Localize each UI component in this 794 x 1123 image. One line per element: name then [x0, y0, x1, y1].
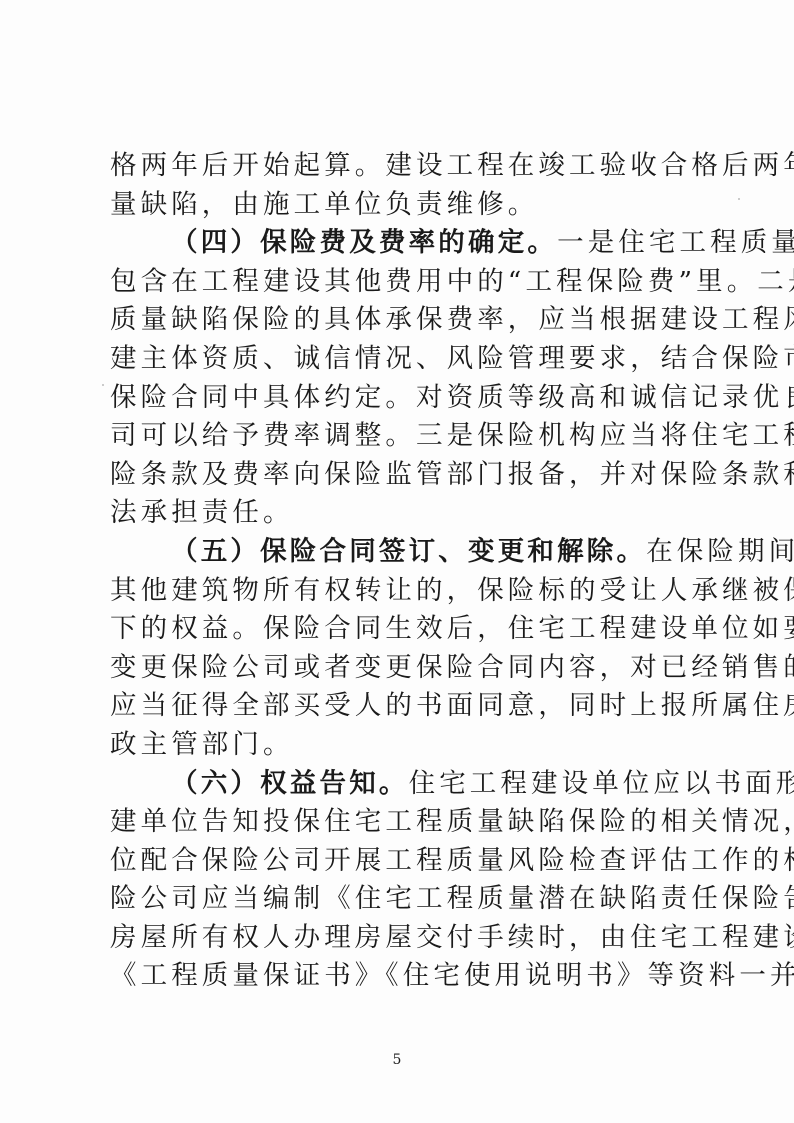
text-line: 应当征得全部买受人的书面同意，同时上报所属住房城乡建设行	[110, 687, 700, 726]
line-text: 包含在工程建设其他费用中的“工程保险费”里。二是住宅工程	[110, 266, 794, 297]
line-text: 房屋所有权人办理房屋交付手续时，由住宅工程建设单位随同	[110, 922, 794, 953]
scan-speck	[102, 384, 104, 386]
line-text: 量缺陷，由施工单位负责维修。	[110, 189, 538, 220]
line-text: 下的权益。保险合同生效后，住宅工程建设单位如要解除合同、	[110, 613, 794, 644]
line-text: 其他建筑物所有权转让的，保险标的受让人承继被保险人本保单	[110, 575, 794, 606]
document-body: 格两年后开始起算。建设工程在竣工验收合格后两年内出现的质 量缺陷，由施工单位负责…	[110, 147, 700, 996]
section-heading-line-4: （四）保险费及费率的确定。一是住宅工程质量缺陷保险应	[110, 224, 700, 263]
page-number: 5	[0, 1052, 794, 1068]
text-line: 政主管部门。	[110, 726, 700, 765]
line-text: 险公司应当编制《住宅工程质量潜在缺陷责任保险告知书》，在	[110, 883, 794, 914]
text-line: 险公司应当编制《住宅工程质量潜在缺陷责任保险告知书》，在	[110, 880, 700, 919]
line-text: 政主管部门。	[110, 729, 294, 760]
text-line: 变更保险公司或者变更保险合同内容，对已经销售的住宅工程，	[110, 649, 700, 688]
section-heading: （四）保险费及费率的确定。	[171, 227, 557, 258]
text-line: 险条款及费率向保险监管部门报备，并对保险条款和保险费率依	[110, 456, 700, 495]
section-heading: （五）保险合同签订、变更和解除。	[171, 536, 646, 567]
text-line: 保险合同中具体约定。对资质等级高和诚信记录优良的，保险公	[110, 379, 700, 418]
text-line: 建单位告知投保住宅工程质量缺陷保险的相关情况，明确参建单	[110, 803, 700, 842]
text-line: 法承担责任。	[110, 494, 700, 533]
line-text: 建主体资质、诚信情况、风险管理要求，结合保险市场状况，在	[110, 343, 794, 374]
line-text: 一是住宅工程质量缺陷保险应	[557, 227, 794, 258]
line-text: 住宅工程建设单位应以书面形式向相关参	[409, 768, 794, 799]
text-line: 其他建筑物所有权转让的，保险标的受让人承继被保险人本保单	[110, 572, 700, 611]
line-text: 位配合保险公司开展工程质量风险检查评估工作的相关义务；保	[110, 845, 794, 876]
line-text: 保险合同中具体约定。对资质等级高和诚信记录优良的，保险公	[110, 382, 794, 413]
document-page: 格两年后开始起算。建设工程在竣工验收合格后两年内出现的质 量缺陷，由施工单位负责…	[0, 0, 794, 1123]
text-line: 下的权益。保险合同生效后，住宅工程建设单位如要解除合同、	[110, 610, 700, 649]
line-text: 司可以给予费率调整。三是保险机构应当将住宅工程质量缺陷保	[110, 420, 794, 451]
line-text: 《工程质量保证书》《住宅使用说明书》等资料一并交付房屋所	[110, 960, 794, 991]
line-text: 建单位告知投保住宅工程质量缺陷保险的相关情况，明确参建单	[110, 806, 794, 837]
text-line: 房屋所有权人办理房屋交付手续时，由住宅工程建设单位随同	[110, 919, 700, 958]
text-line: 格两年后开始起算。建设工程在竣工验收合格后两年内出现的质	[110, 147, 700, 186]
line-text: 格两年后开始起算。建设工程在竣工验收合格后两年内出现的质	[110, 150, 794, 181]
text-line: 量缺陷，由施工单位负责维修。	[110, 186, 700, 225]
scan-speck	[738, 198, 740, 200]
line-text: 法承担责任。	[110, 497, 294, 528]
section-heading-line-5: （五）保险合同签订、变更和解除。在保险期间内住宅或者	[110, 533, 700, 572]
line-text: 在保险期间内住宅或者	[646, 536, 794, 567]
line-text: 质量缺陷保险的具体承保费率，应当根据建设工程风险程度和参	[110, 304, 794, 335]
section-heading-line-6: （六）权益告知。住宅工程建设单位应以书面形式向相关参	[110, 765, 700, 804]
line-text: 应当征得全部买受人的书面同意，同时上报所属住房城乡建设行	[110, 690, 794, 721]
line-text: 险条款及费率向保险监管部门报备，并对保险条款和保险费率依	[110, 459, 794, 490]
text-line: 质量缺陷保险的具体承保费率，应当根据建设工程风险程度和参	[110, 301, 700, 340]
section-heading: （六）权益告知。	[171, 768, 409, 799]
text-line: 位配合保险公司开展工程质量风险检查评估工作的相关义务；保	[110, 842, 700, 881]
text-line: 建主体资质、诚信情况、风险管理要求，结合保险市场状况，在	[110, 340, 700, 379]
text-line: 《工程质量保证书》《住宅使用说明书》等资料一并交付房屋所	[110, 957, 700, 996]
text-line: 司可以给予费率调整。三是保险机构应当将住宅工程质量缺陷保	[110, 417, 700, 456]
text-line: 包含在工程建设其他费用中的“工程保险费”里。二是住宅工程	[110, 263, 700, 302]
line-text: 变更保险公司或者变更保险合同内容，对已经销售的住宅工程，	[110, 652, 794, 683]
